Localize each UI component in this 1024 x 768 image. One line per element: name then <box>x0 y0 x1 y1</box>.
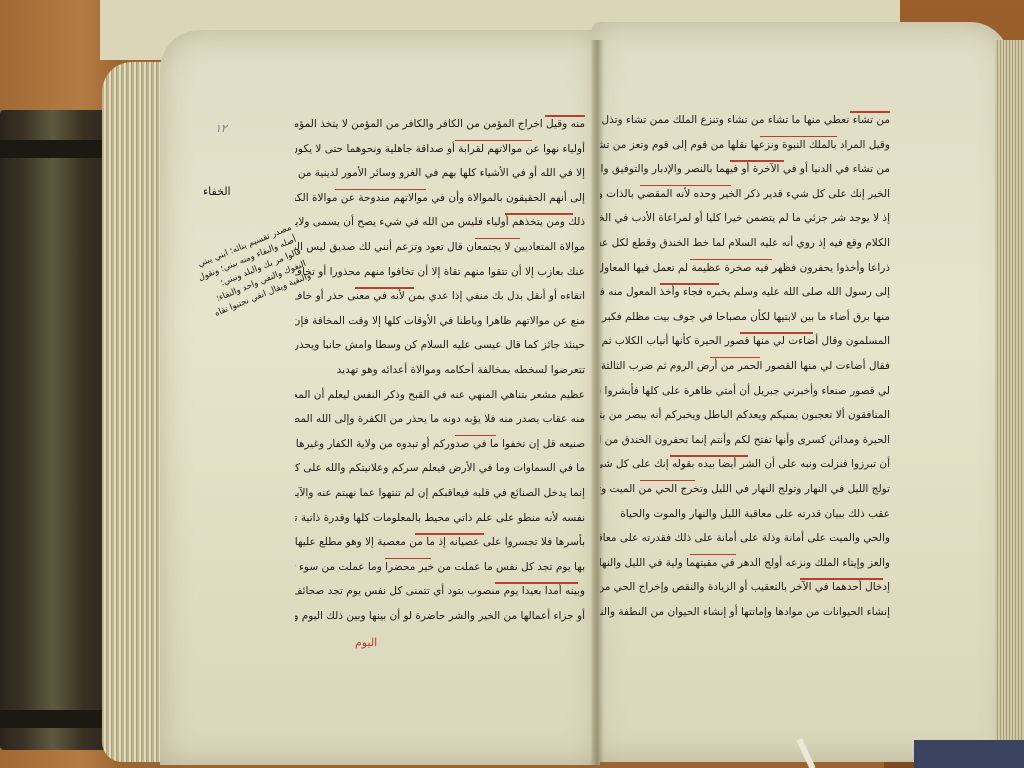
margin-word: الخفاء <box>203 185 231 198</box>
text-line-content: أن تبرزوا فنزلت ونبه على أن الشر أيضا بي… <box>600 458 890 470</box>
text-line-content: والعز وإيتاء الملك ونزعه أولج الدهر في م… <box>600 557 890 569</box>
text-line-content: المسلمون وقال أضاءت لي منها قصور الحيرة … <box>600 335 890 347</box>
text-line: المسلمون وقال أضاءت لي منها قصور الحيرة … <box>600 329 890 354</box>
text-line-content: حينئذ جائز كما قال عيسى عليه السلام كن و… <box>295 339 585 351</box>
text-line: أن تبرزوا فنزلت ونبه على أن الشر أيضا بي… <box>600 452 890 477</box>
text-line: بأسرها فلا تجسروا على عصيانه إذ ما من مع… <box>295 530 585 555</box>
text-line-content: إدخال أحدهما في الآخر بالتعقيب أو الزياد… <box>600 581 890 593</box>
text-line: من تشاء في الدنيا أو في الآخرة أو فيهما … <box>600 157 890 182</box>
text-line: تتعرضوا لسخطه بمخالفة أحكامه وموالاة أعد… <box>295 358 585 383</box>
rubric-overline <box>850 111 890 113</box>
text-line-content: موالاة المتعاديين لا يجتمعان قال تعود وت… <box>295 241 585 253</box>
text-line-content: إلى رسول الله صلى الله عليه وسلم يخبره ف… <box>600 286 890 298</box>
text-line-content: المنافقون ألا تعجبون يمنيكم ويعدكم الباط… <box>600 409 890 421</box>
text-line: أو جزاء أعمالها من الخير والشر حاضرة لو … <box>295 604 585 629</box>
text-line: منها برق أضاء ما بين لابتيها لكأن مصباحا… <box>600 305 890 330</box>
text-line: موالاة المتعاديين لا يجتمعان قال تعود وت… <box>295 235 585 260</box>
text-line: عقب ذلك ببيان قدرته على معاقبة الليل وال… <box>600 502 890 527</box>
catchword: اليوم <box>355 636 377 649</box>
text-line: إذ لا يوجد شر جزئي ما لم يتضمن خيرا كليا… <box>600 206 890 231</box>
text-line: أولياء نهوا عن موالاتهم لقرابة أو صداقة … <box>295 137 585 162</box>
text-line: منع عن موالاتهم ظاهرا وباطنا في الأوقات … <box>295 309 585 334</box>
text-line-content: أو جزاء أعمالها من الخير والشر حاضرة لو … <box>295 610 585 622</box>
text-line: الخير إنك على كل شيء قدير ذكر الخير وحده… <box>600 182 890 207</box>
text-line: من تشاء تعطي منها ما تشاء من تشاء وتنزع … <box>600 108 890 133</box>
rubric-overline <box>455 435 496 437</box>
text-line: الكلام وقع فيه إذ روي أنه عليه السلام لم… <box>600 231 890 256</box>
text-line: بها يوم تجد كل نفس ما عملت من خير محضرا … <box>295 555 585 580</box>
text-line-content: إنشاء الحيوانات من موادها وإماتتها أو إن… <box>600 606 890 618</box>
text-line: والحي والميت على أمانة وذلة على أمانة عل… <box>600 526 890 551</box>
text-line-content: والحي والميت على أمانة وذلة على أمانة عل… <box>600 532 890 544</box>
corner-object <box>914 740 1024 768</box>
text-line-content: فقال أضاءت لي منها القصور الحمر من أرض ا… <box>600 360 890 372</box>
rubric-overline <box>640 480 695 482</box>
text-line-content: نفسه لأنه منطو على علم ذاتي محيط بالمعلو… <box>295 512 585 524</box>
text-line-content: منه عقاب يصدر منه فلا يؤبه دونه ما يحذر … <box>295 413 585 425</box>
rubric-overline <box>670 455 748 457</box>
text-line: حينئذ جائز كما قال عيسى عليه السلام كن و… <box>295 333 585 358</box>
text-line-content: عنك بعازب إلا أن تتقوا منهم تقاة إلا أن … <box>295 266 585 278</box>
text-line: إدخال أحدهما في الآخر بالتعقيب أو الزياد… <box>600 575 890 600</box>
rubric-overline <box>355 287 414 289</box>
text-line-content: صنيعه قل إن تخفوا ما في صدوركم أو تبدوه … <box>295 438 585 450</box>
text-line: نفسه لأنه منطو على علم ذاتي محيط بالمعلو… <box>295 506 585 531</box>
rubric-overline <box>760 136 837 138</box>
text-line-content: منع عن موالاتهم ظاهرا وباطنا في الأوقات … <box>295 315 585 327</box>
text-line-content: إلى أنهم الحقيقون بالموالاة وأن في موالا… <box>295 192 585 204</box>
text-line: منه عقاب يصدر منه فلا يؤبه دونه ما يحذر … <box>295 407 585 432</box>
text-line-content: ذراعا وأخذوا يحفرون فظهر فيه صخرة عظيمة … <box>600 262 890 274</box>
rubric-overline <box>475 238 520 240</box>
text-line-content: لي قصور صنعاء وأخبرني جبريل أن أمتي ظاهر… <box>600 385 890 397</box>
rubric-overline <box>800 578 883 580</box>
text-line-content: منها برق أضاء ما بين لابتيها لكأن مصباحا… <box>600 311 890 323</box>
rubric-overline <box>730 160 784 162</box>
text-line: إلى رسول الله صلى الله عليه وسلم يخبره ف… <box>600 280 890 305</box>
text-line: إنشاء الحيوانات من موادها وإماتتها أو إن… <box>600 600 890 625</box>
rubric-overline <box>495 582 578 584</box>
adjacent-book-spine <box>0 110 118 750</box>
rubric-overline <box>335 189 426 191</box>
rubric-overline <box>710 357 760 359</box>
rubric-overline <box>455 140 532 142</box>
text-line: صنيعه قل إن تخفوا ما في صدوركم أو تبدوه … <box>295 432 585 457</box>
text-line: اتقاءه أو أنقل بدل بك منفي إذا عدي بمن ل… <box>295 284 585 309</box>
text-line: ذلك ومن يتخذهم أولياء فليس من الله في شي… <box>295 210 585 235</box>
text-line-content: من تشاء تعطي منها ما تشاء من تشاء وتنزع … <box>600 114 890 126</box>
text-line-content: اتقاءه أو أنقل بدل بك منفي إذا عدي بمن ل… <box>295 290 585 302</box>
text-line-content: ما في السماوات وما في الأرض فيعلم سركم و… <box>295 462 585 474</box>
text-line-content: عقب ذلك ببيان قدرته على معاقبة الليل وال… <box>620 508 890 520</box>
text-line: ذراعا وأخذوا يحفرون فظهر فيه صخرة عظيمة … <box>600 256 890 281</box>
text-line-content: تولج الليل في النهار وتولج النهار في الل… <box>600 483 890 495</box>
text-line: وقيل المراد بالملك النبوة ونزعها نقلها م… <box>600 133 890 158</box>
rubric-overline <box>740 332 813 334</box>
rubric-overline <box>640 185 731 187</box>
rubric-overline <box>690 554 736 556</box>
text-line-content: وبينه أمدا بعيدا يوم منصوب بتود أي تتمنى… <box>295 585 585 597</box>
text-line: فقال أضاءت لي منها القصور الحمر من أرض ا… <box>600 354 890 379</box>
spine-band <box>0 140 118 158</box>
text-line-content: من تشاء في الدنيا أو في الآخرة أو فيهما … <box>600 163 890 175</box>
rubric-overline <box>660 283 719 285</box>
text-line: إلى أنهم الحقيقون بالموالاة وأن في موالا… <box>295 186 585 211</box>
text-line-content: الحيرة ومدائن كسرى وأنها تفتح لكم وأنتم … <box>600 434 890 446</box>
text-line-content: أولياء نهوا عن موالاتهم لقرابة أو صداقة … <box>295 143 585 155</box>
text-line-content: ذلك ومن يتخذهم أولياء فليس من الله في شي… <box>295 216 585 228</box>
text-line: لي قصور صنعاء وأخبرني جبريل أن أمتي ظاهر… <box>600 379 890 404</box>
text-line: عنك بعازب إلا أن تتقوا منهم تقاة إلا أن … <box>295 260 585 285</box>
text-line: إنما يدخل الصنائع في قلبه فيعاقبكم إن لم… <box>295 481 585 506</box>
text-line: المنافقون ألا تعجبون يمنيكم ويعدكم الباط… <box>600 403 890 428</box>
text-line: منه وقيل اخراج المؤمن من الكافر والكافر … <box>295 112 585 137</box>
right-page-text: من تشاء تعطي منها ما تشاء من تشاء وتنزع … <box>600 108 890 624</box>
left-page-text: منه وقيل اخراج المؤمن من الكافر والكافر … <box>295 112 585 628</box>
folio-number: ١٢ <box>215 122 227 135</box>
text-line-content: إلا في الله أو في الأشياء كلها بهم في ال… <box>295 167 585 179</box>
text-line-content: الخير إنك على كل شيء قدير ذكر الخير وحده… <box>600 188 890 200</box>
rubric-overline <box>505 213 573 215</box>
text-line-content: عظيم مشعر بتناهي المنهي عنه في القبح وذك… <box>295 389 585 401</box>
text-line: تولج الليل في النهار وتولج النهار في الل… <box>600 477 890 502</box>
text-line-content: إذ لا يوجد شر جزئي ما لم يتضمن خيرا كليا… <box>600 212 890 224</box>
text-line-content: تتعرضوا لسخطه بمخالفة أحكامه وموالاة أعد… <box>337 364 585 376</box>
rubric-overline <box>545 115 585 117</box>
text-line: وبينه أمدا بعيدا يوم منصوب بتود أي تتمنى… <box>295 579 585 604</box>
text-line-content: الكلام وقع فيه إذ روي أنه عليه السلام لم… <box>600 237 890 249</box>
text-line: الحيرة ومدائن كسرى وأنها تفتح لكم وأنتم … <box>600 428 890 453</box>
rubric-overline <box>690 259 772 261</box>
text-line-content: بها يوم تجد كل نفس ما عملت من خير محضرا … <box>295 561 585 573</box>
spine-band <box>0 710 118 728</box>
text-line-content: إنما يدخل الصنائع في قلبه فيعاقبكم إن لم… <box>295 487 585 499</box>
text-line-content: منه وقيل اخراج المؤمن من الكافر والكافر … <box>295 118 585 130</box>
text-line-content: وقيل المراد بالملك النبوة ونزعها نقلها م… <box>600 139 890 151</box>
right-page-edges <box>995 40 1024 740</box>
rubric-overline <box>385 558 431 560</box>
rubric-overline <box>415 533 484 535</box>
text-line: ما في السماوات وما في الأرض فيعلم سركم و… <box>295 456 585 481</box>
text-line: والعز وإيتاء الملك ونزعه أولج الدهر في م… <box>600 551 890 576</box>
text-line: عظيم مشعر بتناهي المنهي عنه في القبح وذك… <box>295 383 585 408</box>
text-line-content: بأسرها فلا تجسروا على عصيانه إذ ما من مع… <box>295 536 585 548</box>
text-line: إلا في الله أو في الأشياء كلها بهم في ال… <box>295 161 585 186</box>
